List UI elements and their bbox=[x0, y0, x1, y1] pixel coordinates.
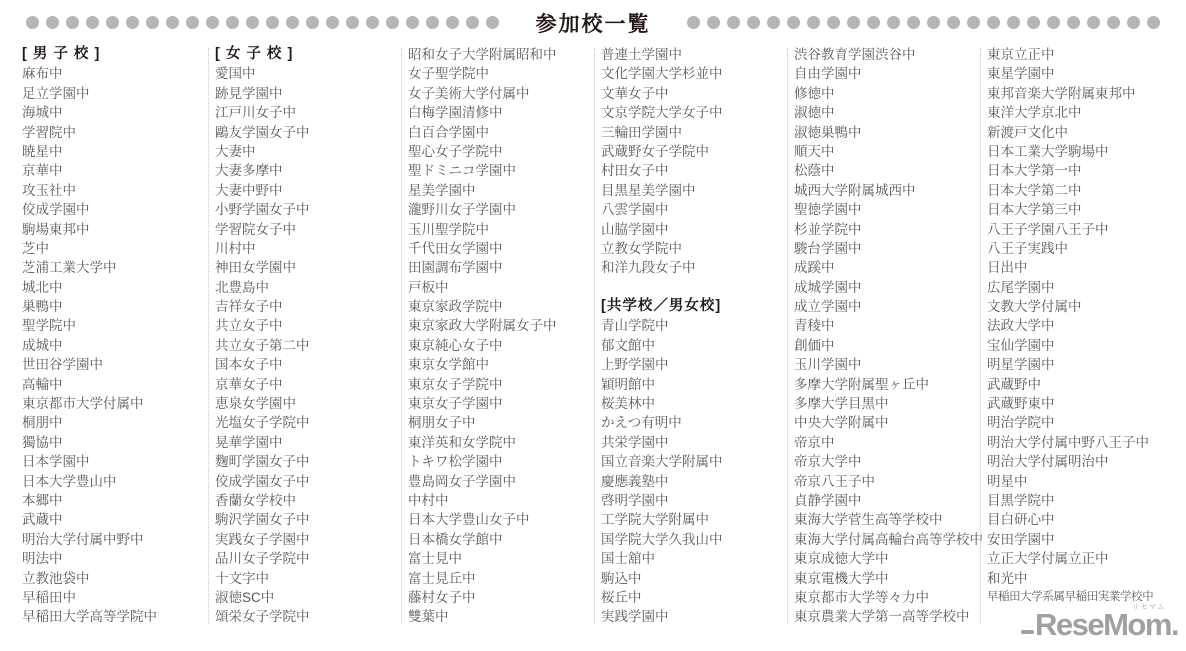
school-name: 学習院中 bbox=[22, 123, 215, 142]
school-name: 武蔵野女子学院中 bbox=[601, 142, 794, 161]
dot-icon bbox=[1007, 16, 1020, 29]
dot-icon bbox=[907, 16, 920, 29]
school-name: 新渡戸文化中 bbox=[987, 123, 1180, 142]
dot-icon bbox=[326, 16, 339, 29]
school-name: 広尾学園中 bbox=[987, 278, 1180, 297]
school-name: 成蹊中 bbox=[794, 258, 987, 277]
school-name: 東京都市大学付属中 bbox=[22, 394, 215, 413]
school-name: 大妻中 bbox=[215, 142, 408, 161]
school-name: 芝浦工業大学中 bbox=[22, 258, 215, 277]
school-name: 豊島岡女子学園中 bbox=[408, 472, 601, 491]
school-name: 早稲田中 bbox=[22, 588, 215, 607]
school-name: 佼成学園女子中 bbox=[215, 472, 408, 491]
school-name: 帝京中 bbox=[794, 433, 987, 452]
dot-icon bbox=[186, 16, 199, 29]
school-name: 東京女子学院中 bbox=[408, 375, 601, 394]
section-header: [ 男 子 校 ] bbox=[22, 45, 215, 64]
school-name: 順天中 bbox=[794, 142, 987, 161]
dot-icon bbox=[1147, 16, 1160, 29]
school-column: 普連土学園中文化学園大学杉並中文華女子中文京学院大学女子中三輪田学園中武蔵野女子… bbox=[601, 45, 794, 627]
logo-dash-icon bbox=[1021, 630, 1034, 634]
school-name: 東京純心女子中 bbox=[408, 336, 601, 355]
school-name: 淑徳SC中 bbox=[215, 588, 408, 607]
school-name: 立教女学院中 bbox=[601, 239, 794, 258]
school-name: 千代田女学園中 bbox=[408, 239, 601, 258]
school-column: 渋谷教育学園渋谷中自由学園中修徳中淑徳中淑徳巣鴨中順天中松蔭中城西大学附属城西中… bbox=[794, 45, 987, 627]
school-name: 安田学園中 bbox=[987, 530, 1180, 549]
school-name: 北豊島中 bbox=[215, 278, 408, 297]
school-name: 光塩女子学院中 bbox=[215, 413, 408, 432]
school-name: 修徳中 bbox=[794, 84, 987, 103]
school-name: 帝京八王子中 bbox=[794, 472, 987, 491]
dot-icon bbox=[426, 16, 439, 29]
school-name: 成立学園中 bbox=[794, 297, 987, 316]
school-column: [ 男 子 校 ]麻布中足立学園中海城中学習院中暁星中京華中攻玉社中佼成学園中駒… bbox=[22, 45, 215, 627]
school-column: 東京立正中東星学園中東邦音楽大学附属東邦中東洋大学京北中新渡戸文化中日本工業大学… bbox=[987, 45, 1180, 627]
dot-icon bbox=[106, 16, 119, 29]
dot-icon bbox=[206, 16, 219, 29]
school-name: 啓明学園中 bbox=[601, 491, 794, 510]
school-name: 駒沢学園女子中 bbox=[215, 510, 408, 529]
school-name: 雙葉中 bbox=[408, 607, 601, 626]
school-name: 宝仙学園中 bbox=[987, 336, 1180, 355]
school-name: 富士見丘中 bbox=[408, 569, 601, 588]
school-name: かえつ有明中 bbox=[601, 413, 794, 432]
school-name: 暁星中 bbox=[22, 142, 215, 161]
school-name: 日本大学豊山中 bbox=[22, 472, 215, 491]
school-name: 東洋大学京北中 bbox=[987, 103, 1180, 122]
school-name: 青山学院中 bbox=[601, 316, 794, 335]
school-name: 成城中 bbox=[22, 336, 215, 355]
school-name: 聖心女子学院中 bbox=[408, 142, 601, 161]
dot-icon bbox=[1067, 16, 1080, 29]
school-name: 神田女学園中 bbox=[215, 258, 408, 277]
school-name: 東京電機大学中 bbox=[794, 569, 987, 588]
school-name: 文華女子中 bbox=[601, 84, 794, 103]
school-name: 田園調布学園中 bbox=[408, 258, 601, 277]
school-name: 白梅学園清修中 bbox=[408, 103, 601, 122]
school-name: 共立女子第二中 bbox=[215, 336, 408, 355]
school-name: 東京女学館中 bbox=[408, 355, 601, 374]
school-name: 東星学園中 bbox=[987, 64, 1180, 83]
dot-icon bbox=[987, 16, 1000, 29]
school-name: 品川女子学院中 bbox=[215, 549, 408, 568]
school-name: 獨協中 bbox=[22, 433, 215, 452]
school-name: 共栄学園中 bbox=[601, 433, 794, 452]
page-title: 参加校一覧 bbox=[536, 8, 651, 38]
school-name: 瀧野川女子学園中 bbox=[408, 200, 601, 219]
school-name: 和洋九段女子中 bbox=[601, 258, 794, 277]
dot-icon bbox=[1107, 16, 1120, 29]
school-name: 武蔵中 bbox=[22, 510, 215, 529]
school-name: 東京成徳大学中 bbox=[794, 549, 987, 568]
school-name: 目黒星美学園中 bbox=[601, 181, 794, 200]
school-name: 駒込中 bbox=[601, 569, 794, 588]
school-name: 本郷中 bbox=[22, 491, 215, 510]
school-name: 攻玉社中 bbox=[22, 181, 215, 200]
school-name: 京華女子中 bbox=[215, 375, 408, 394]
school-name: 晃華学園中 bbox=[215, 433, 408, 452]
school-name: 東海大学菅生高等学校中 bbox=[794, 510, 987, 529]
school-name: 桜丘中 bbox=[601, 588, 794, 607]
school-name: 聖学院中 bbox=[22, 316, 215, 335]
school-name: 国立音楽大学附属中 bbox=[601, 452, 794, 471]
dot-icon bbox=[306, 16, 319, 29]
dot-icon bbox=[727, 16, 740, 29]
school-name: 国本女子中 bbox=[215, 355, 408, 374]
school-name: 穎明館中 bbox=[601, 375, 794, 394]
dot-icon bbox=[847, 16, 860, 29]
school-name: 高輪中 bbox=[22, 375, 215, 394]
school-name: 東京家政大学附属女子中 bbox=[408, 316, 601, 335]
school-name: 白百合学園中 bbox=[408, 123, 601, 142]
school-name: 中村中 bbox=[408, 491, 601, 510]
school-name: 明星学園中 bbox=[987, 355, 1180, 374]
school-name: 日本大学豊山女子中 bbox=[408, 510, 601, 529]
school-name: 創価中 bbox=[794, 336, 987, 355]
school-name: 吉祥女子中 bbox=[215, 297, 408, 316]
school-name: 郁文館中 bbox=[601, 336, 794, 355]
school-name: 中央大学附属中 bbox=[794, 413, 987, 432]
school-name: 自由学園中 bbox=[794, 64, 987, 83]
school-name: 聖徳学園中 bbox=[794, 200, 987, 219]
school-name: 立教池袋中 bbox=[22, 569, 215, 588]
school-name: 城北中 bbox=[22, 278, 215, 297]
school-name: 日本橋女学館中 bbox=[408, 530, 601, 549]
school-name: 明治大学付属中野八王子中 bbox=[987, 433, 1180, 452]
school-name: 城西大学附属城西中 bbox=[794, 181, 987, 200]
school-name: 足立学園中 bbox=[22, 84, 215, 103]
school-name: 明星中 bbox=[987, 472, 1180, 491]
dot-icon bbox=[246, 16, 259, 29]
dot-icon bbox=[466, 16, 479, 29]
school-name: 恵泉女学園中 bbox=[215, 394, 408, 413]
school-name: 東京農業大学第一高等学校中 bbox=[794, 607, 987, 626]
dot-icon bbox=[26, 16, 39, 29]
school-name: 共立女子中 bbox=[215, 316, 408, 335]
school-name: 富士見中 bbox=[408, 549, 601, 568]
school-name: 星美学園中 bbox=[408, 181, 601, 200]
school-name: 村田女子中 bbox=[601, 161, 794, 180]
decorative-dots-right bbox=[687, 16, 1160, 29]
dot-icon bbox=[747, 16, 760, 29]
school-name: 東京立正中 bbox=[987, 45, 1180, 64]
school-name: 鷗友学園女子中 bbox=[215, 123, 408, 142]
school-name: 武蔵野中 bbox=[987, 375, 1180, 394]
school-name: 山脇学園中 bbox=[601, 220, 794, 239]
school-name: 巣鴨中 bbox=[22, 297, 215, 316]
school-name: 日本大学第三中 bbox=[987, 200, 1180, 219]
school-name: 国学院大学久我山中 bbox=[601, 530, 794, 549]
school-name: 文教大学付属中 bbox=[987, 297, 1180, 316]
resemom-logo: リセマム ReseMom. bbox=[1021, 605, 1178, 645]
school-name: 八王子実践中 bbox=[987, 239, 1180, 258]
dot-icon bbox=[1087, 16, 1100, 29]
school-name: 麻布中 bbox=[22, 64, 215, 83]
school-name: 桐朋女子中 bbox=[408, 413, 601, 432]
page: 参加校一覧 [ 男 子 校 ]麻布中足立学園中海城中学習院中暁星中京華中攻玉社中… bbox=[0, 0, 1186, 651]
school-name: 日本大学第一中 bbox=[987, 161, 1180, 180]
dot-icon bbox=[366, 16, 379, 29]
school-column: 昭和女子大学附属昭和中女子聖学院中女子美術大学付属中白梅学園清修中白百合学園中聖… bbox=[408, 45, 601, 627]
school-name: 小野学園女子中 bbox=[215, 200, 408, 219]
school-name: 目黒学院中 bbox=[987, 491, 1180, 510]
school-name: 昭和女子大学附属昭和中 bbox=[408, 45, 601, 64]
school-name: 聖ドミニコ学園中 bbox=[408, 161, 601, 180]
page-header: 参加校一覧 bbox=[0, 0, 1186, 36]
dot-icon bbox=[226, 16, 239, 29]
school-name: 京華中 bbox=[22, 161, 215, 180]
dot-icon bbox=[126, 16, 139, 29]
school-name: 玉川学園中 bbox=[794, 355, 987, 374]
school-name: 駿台学園中 bbox=[794, 239, 987, 258]
school-name: 成城学園中 bbox=[794, 278, 987, 297]
school-name: 香蘭女学校中 bbox=[215, 491, 408, 510]
school-name: 江戸川女子中 bbox=[215, 103, 408, 122]
school-name: 愛国中 bbox=[215, 64, 408, 83]
school-name: 工学院大学附属中 bbox=[601, 510, 794, 529]
dot-icon bbox=[1047, 16, 1060, 29]
school-name: 早稲田大学高等学院中 bbox=[22, 607, 215, 626]
dot-icon bbox=[86, 16, 99, 29]
dot-icon bbox=[266, 16, 279, 29]
school-name: 八雲学園中 bbox=[601, 200, 794, 219]
school-name: 渋谷教育学園渋谷中 bbox=[794, 45, 987, 64]
dot-icon bbox=[787, 16, 800, 29]
section-header: [ 女 子 校 ] bbox=[215, 45, 408, 64]
school-name: 日本工業大学駒場中 bbox=[987, 142, 1180, 161]
school-name: 東海大学付属高輪台高等学校中 bbox=[794, 530, 987, 549]
dot-icon bbox=[927, 16, 940, 29]
school-name: 頌栄女子学院中 bbox=[215, 607, 408, 626]
school-name: 文京学院大学女子中 bbox=[601, 103, 794, 122]
dot-icon bbox=[286, 16, 299, 29]
logo-ruby-text: リセマム bbox=[1132, 602, 1166, 612]
school-name: 戸板中 bbox=[408, 278, 601, 297]
dot-icon bbox=[947, 16, 960, 29]
school-name: 青稜中 bbox=[794, 316, 987, 335]
school-name: 海城中 bbox=[22, 103, 215, 122]
school-name: 松蔭中 bbox=[794, 161, 987, 180]
school-name: 東京女子学園中 bbox=[408, 394, 601, 413]
school-name: 普連土学園中 bbox=[601, 45, 794, 64]
school-name: 日出中 bbox=[987, 258, 1180, 277]
school-name: 藤村女子中 bbox=[408, 588, 601, 607]
school-name: 法政大学中 bbox=[987, 316, 1180, 335]
school-name: 学習院女子中 bbox=[215, 220, 408, 239]
school-name: 三輪田学園中 bbox=[601, 123, 794, 142]
dot-icon bbox=[827, 16, 840, 29]
school-list: [ 男 子 校 ]麻布中足立学園中海城中学習院中暁星中京華中攻玉社中佼成学園中駒… bbox=[22, 45, 1180, 627]
school-name: 東京家政学院中 bbox=[408, 297, 601, 316]
school-name: トキワ松学園中 bbox=[408, 452, 601, 471]
school-name: 日本学園中 bbox=[22, 452, 215, 471]
school-name: 女子美術大学付属中 bbox=[408, 84, 601, 103]
school-name: 上野学園中 bbox=[601, 355, 794, 374]
school-name: 女子聖学院中 bbox=[408, 64, 601, 83]
spacer bbox=[601, 278, 794, 297]
dot-icon bbox=[166, 16, 179, 29]
dot-icon bbox=[406, 16, 419, 29]
school-name: 明治大学付属明治中 bbox=[987, 452, 1180, 471]
school-name: 淑徳中 bbox=[794, 103, 987, 122]
school-name: 実践女子学園中 bbox=[215, 530, 408, 549]
school-name: 慶應義塾中 bbox=[601, 472, 794, 491]
school-name: 駒場東邦中 bbox=[22, 220, 215, 239]
dot-icon bbox=[967, 16, 980, 29]
dot-icon bbox=[446, 16, 459, 29]
school-name: 武蔵野東中 bbox=[987, 394, 1180, 413]
dot-icon bbox=[66, 16, 79, 29]
school-name: 大妻中野中 bbox=[215, 181, 408, 200]
school-name: 明法中 bbox=[22, 549, 215, 568]
school-name: 日本大学第二中 bbox=[987, 181, 1180, 200]
school-name: 八王子学園八王子中 bbox=[987, 220, 1180, 239]
dot-icon bbox=[46, 16, 59, 29]
dot-icon bbox=[146, 16, 159, 29]
dot-icon bbox=[767, 16, 780, 29]
dot-icon bbox=[807, 16, 820, 29]
dot-icon bbox=[1027, 16, 1040, 29]
dot-icon bbox=[707, 16, 720, 29]
school-name: 多摩大学附属聖ヶ丘中 bbox=[794, 375, 987, 394]
school-name: 目白研心中 bbox=[987, 510, 1180, 529]
school-name: 世田谷学園中 bbox=[22, 355, 215, 374]
school-name: 立正大学付属立正中 bbox=[987, 549, 1180, 568]
dot-icon bbox=[1127, 16, 1140, 29]
dot-icon bbox=[867, 16, 880, 29]
school-name: 大妻多摩中 bbox=[215, 161, 408, 180]
school-name: 文化学園大学杉並中 bbox=[601, 64, 794, 83]
school-name: 東洋英和女学院中 bbox=[408, 433, 601, 452]
school-name: 東邦音楽大学附属東邦中 bbox=[987, 84, 1180, 103]
school-name: 明治大学付属中野中 bbox=[22, 530, 215, 549]
school-name: 麴町学園女子中 bbox=[215, 452, 408, 471]
school-name: 十文字中 bbox=[215, 569, 408, 588]
dot-icon bbox=[386, 16, 399, 29]
school-name: 多摩大学目黒中 bbox=[794, 394, 987, 413]
school-name: 和光中 bbox=[987, 569, 1180, 588]
dot-icon bbox=[887, 16, 900, 29]
school-name: 貞静学園中 bbox=[794, 491, 987, 510]
school-name: 桐朋中 bbox=[22, 413, 215, 432]
decorative-dots-left bbox=[26, 16, 499, 29]
school-name: 玉川聖学院中 bbox=[408, 220, 601, 239]
logo-wrap: リセマム ReseMom. bbox=[1035, 607, 1178, 643]
dot-icon bbox=[687, 16, 700, 29]
school-name: 淑徳巣鴨中 bbox=[794, 123, 987, 142]
school-name: 跡見学園中 bbox=[215, 84, 408, 103]
section-header: [共学校／男女校] bbox=[601, 297, 794, 316]
school-name: 明治学院中 bbox=[987, 413, 1180, 432]
school-name: 桜美林中 bbox=[601, 394, 794, 413]
school-name: 杉並学院中 bbox=[794, 220, 987, 239]
dot-icon bbox=[346, 16, 359, 29]
school-name: 国士舘中 bbox=[601, 549, 794, 568]
school-name: 佼成学園中 bbox=[22, 200, 215, 219]
school-column: [ 女 子 校 ]愛国中跡見学園中江戸川女子中鷗友学園女子中大妻中大妻多摩中大妻… bbox=[215, 45, 408, 627]
school-name: 実践学園中 bbox=[601, 607, 794, 626]
school-name: 芝中 bbox=[22, 239, 215, 258]
school-name: 帝京大学中 bbox=[794, 452, 987, 471]
school-name: 東京都市大学等々力中 bbox=[794, 588, 987, 607]
school-name: 川村中 bbox=[215, 239, 408, 258]
logo-text: ReseMom. bbox=[1035, 607, 1178, 642]
dot-icon bbox=[486, 16, 499, 29]
